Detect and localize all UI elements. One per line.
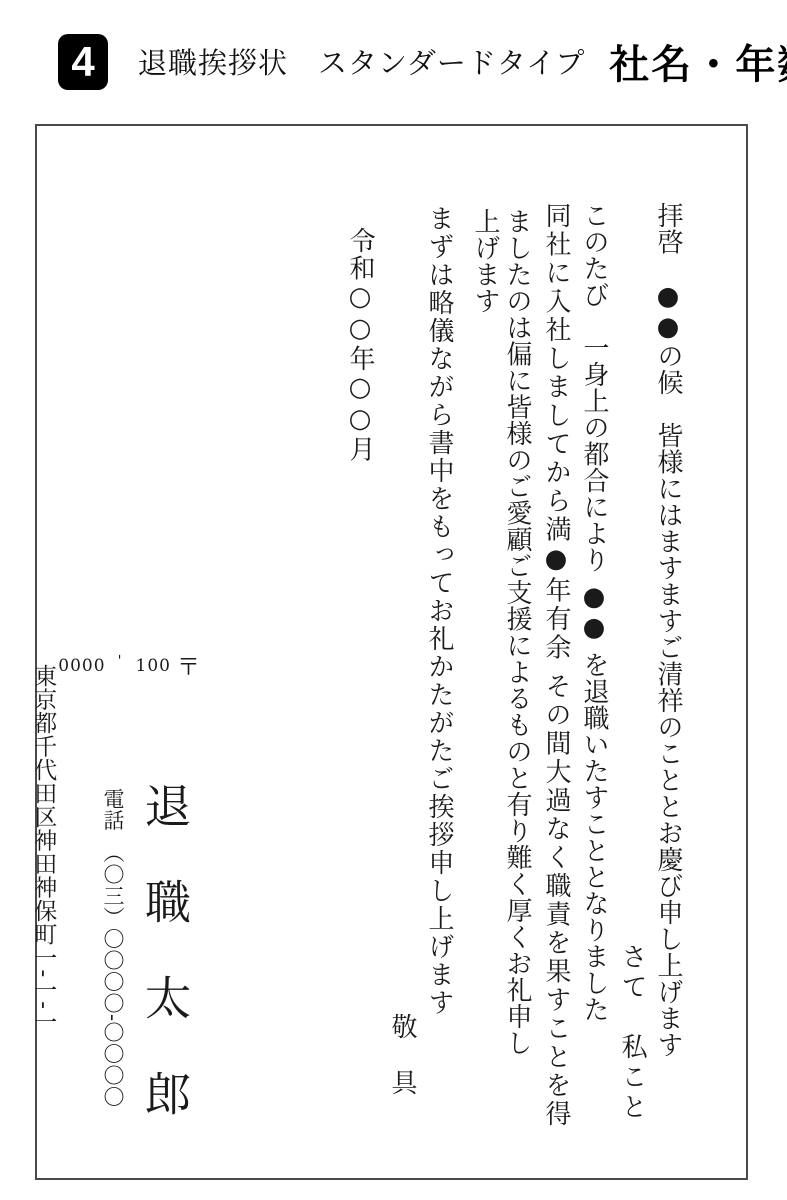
letter-body-line-5: まずは略儀ながら書中をもってお礼かたがたご挨拶申し上げます — [423, 205, 455, 1017]
product-subtitle: 社名・年数入 — [609, 33, 787, 90]
letter-sample-card: 拝啓 ●●の候 皆様にはますますご清祥のこととお慶び申し上げます さて 私こと … — [35, 124, 748, 1180]
zip-code-second: 0000 — [58, 657, 105, 675]
letter-date-line: 令和○○年○○月 — [344, 227, 376, 463]
letter-body-line-2: 同社に入社しましてから満●年有余 その間大過なく職責を果すことを得 — [540, 202, 572, 1129]
letter-closing-keigu: 敬 具 — [386, 1013, 418, 1097]
street-address: 東京都千代田区神田神保町一‐一‐一 — [30, 664, 56, 1033]
letter-body-line-3: ましたのは偏に皆様のご愛顧ご支援によるものと有り難く厚くお礼申し — [501, 208, 533, 1056]
letter-body-line-1: このたび 一身上の都合により ●● を退職いたすこととなりました — [578, 202, 610, 1023]
zip-code-first: 100 — [136, 657, 171, 675]
page: { "header": { "number": "4", "title": "退… — [0, 0, 787, 1200]
header: 4 退職挨拶状 スタンダードタイプ 社名・年数入 — [58, 33, 787, 90]
sender-phone: 電話 （〇三）〇〇〇〇‐〇〇〇〇 — [100, 788, 126, 1108]
item-number-badge: 4 — [58, 34, 108, 90]
postal-mark: 〒 — [173, 654, 199, 678]
product-title: 退職挨拶状 スタンダードタイプ — [138, 41, 585, 82]
sender-name: 退 職 太 郎 — [140, 782, 190, 1118]
item-number: 4 — [71, 38, 94, 86]
letter-body-line-4: 上げます — [469, 208, 501, 314]
zip-code-dash: - — [112, 654, 130, 660]
letter-sate-line: さて 私こと — [616, 943, 648, 1123]
letter-greeting-line: 拝啓 ●●の候 皆様にはますますご清祥のこととお慶び申し上げます — [652, 202, 684, 1058]
